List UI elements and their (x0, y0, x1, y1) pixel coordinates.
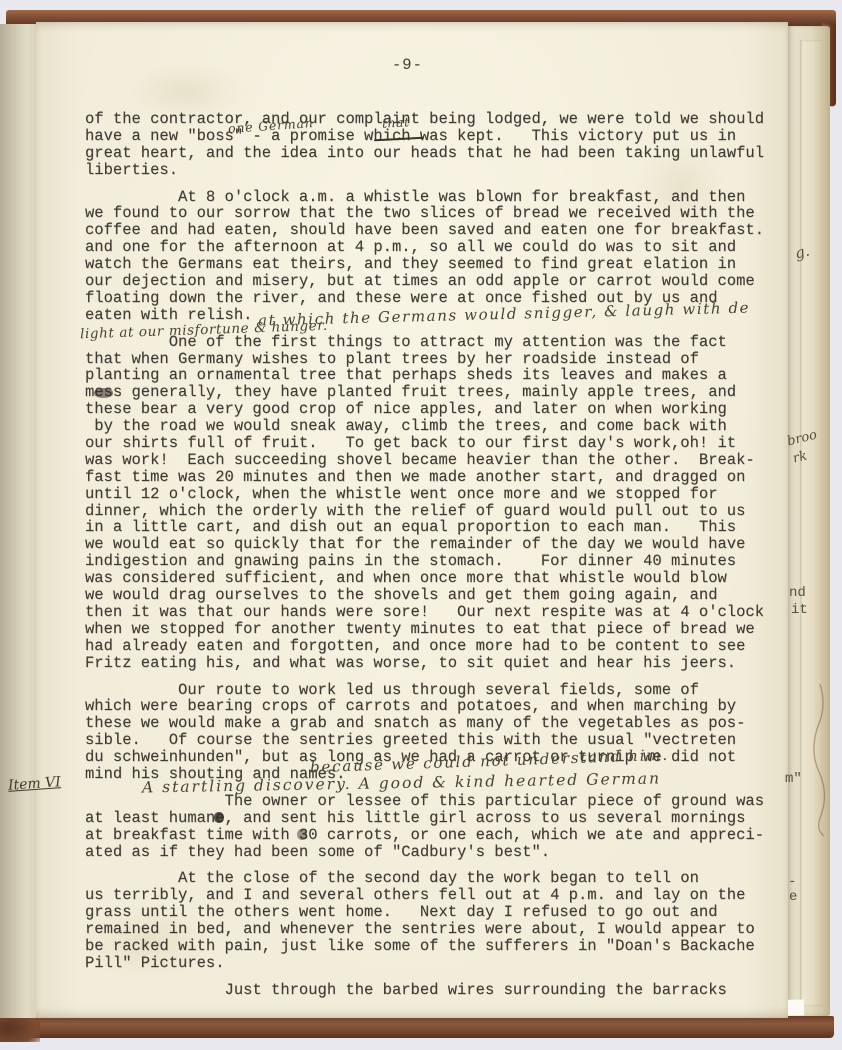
typed-line: sible. Of course the sentries greeted th… (85, 732, 785, 749)
typed-line: dinner, which the orderly with the relie… (85, 503, 785, 520)
typed-line: by the road we would sneak away, climb t… (85, 418, 785, 435)
typed-line: was work! Each succeeding shovel became … (85, 452, 785, 469)
typed-line: our dejection and misery, but at times a… (85, 273, 785, 290)
typed-line: remained in bed, and whenever the sentri… (85, 921, 785, 938)
typed-line: At 8 o'clock a.m. a whistle was blown fo… (85, 189, 785, 206)
typed-line: that when Germany wishes to plant trees … (85, 351, 785, 368)
typed-line: had already eaten and forgotten, and onc… (85, 638, 785, 655)
typed-line: have a new "boss" - a promise which was … (85, 128, 785, 145)
typed-line: of the contractor, and our complaint bei… (85, 111, 785, 128)
typed-line: watch the Germans eat theirs, and they s… (85, 256, 785, 273)
edge-fragment-typed: nd (789, 585, 806, 601)
typed-line: and one for the afternoon at 4 p.m., so … (85, 239, 785, 256)
typed-paragraph: At the close of the second day the work … (85, 870, 785, 971)
typed-line: be racked with pain, just like some of t… (85, 938, 785, 955)
typed-line: us terribly, and I and several others fe… (85, 887, 785, 904)
typed-line: until 12 o'clock, when the whistle went … (85, 486, 785, 503)
scanned-book-photo: -9- of the contractor, and our complaint… (0, 0, 842, 1050)
overstrike-blot-humane (214, 812, 224, 823)
typed-line: we found to our sorrow that the two slic… (85, 205, 785, 222)
typed-line: great heart, and the idea into our heads… (85, 145, 785, 162)
typed-line: Our route to work led us through several… (85, 682, 785, 699)
typed-line: was considered sufficient, and when once… (85, 570, 785, 587)
typed-line: we would drag ourselves to the shovels a… (85, 587, 785, 604)
typed-line: Just through the barbed wires surroundin… (85, 982, 785, 999)
typed-line: our shirts full of fruit. To get back to… (85, 435, 785, 452)
page-stack-edge (800, 40, 822, 1006)
typed-paragraph: Just through the barbed wires surroundin… (85, 982, 785, 999)
typed-line: we would eat so quickly that for the rem… (85, 536, 785, 553)
edge-fragment-typed: - (788, 874, 796, 890)
overstrike-blot-carrots (297, 829, 307, 840)
typed-line: mess generally, they have planted fruit … (85, 384, 785, 401)
typed-line: coffee and had eaten, should have been s… (85, 222, 785, 239)
typed-line: At the close of the second day the work … (85, 870, 785, 887)
typed-line: ated as if they had been some of "Cadbur… (85, 844, 785, 861)
typed-line: liberties. (85, 162, 785, 179)
typed-line: indigestion and gnawing pains in the sto… (85, 553, 785, 570)
document-page: -9- of the contractor, and our complaint… (36, 22, 788, 1018)
typed-paragraph: of the contractor, and our complaint bei… (85, 111, 785, 179)
edge-handwriting-squiggle (806, 680, 832, 840)
typed-paragraph: The owner or lessee of this particular p… (85, 793, 785, 861)
typed-line: Pill" Pictures. (85, 955, 785, 972)
typed-line: then it was that our hands were sore! Ou… (85, 604, 785, 621)
handwritten-correction-that: that (382, 114, 410, 130)
typed-line: in a little cart, and dish out an equal … (85, 519, 785, 536)
typed-line: grass until the others went home. Next d… (85, 904, 785, 921)
book-cover-bottom-edge (2, 1016, 834, 1038)
typed-line: these bear a very good crop of nice appl… (85, 401, 785, 418)
typed-paragraph: One of the first things to attract my at… (85, 334, 785, 672)
typed-line: at breakfast time with 30 carrots, or on… (85, 827, 785, 844)
typed-line: fast time was 20 minutes and then we mad… (85, 469, 785, 486)
typed-line: which were bearing crops of carrots and … (85, 698, 785, 715)
typed-line: when we stopped for another twenty minut… (85, 621, 785, 638)
typed-text-block: of the contractor, and our complaint bei… (85, 111, 785, 1009)
typed-line: Fritz eating his, and what was worse, to… (85, 655, 785, 672)
book-spine-gutter (0, 24, 38, 1018)
edge-fragment-typed: m" (785, 771, 802, 787)
overstrike-blot-mess (94, 388, 113, 398)
typed-line: these we would make a grab and snatch as… (85, 715, 785, 732)
typed-line: planting an ornamental tree that perhaps… (85, 367, 785, 384)
edge-fragment-typed: it (791, 602, 808, 618)
page-number: -9- (392, 56, 423, 74)
typed-line: at least humane, and sent his little gir… (85, 810, 785, 827)
edge-fragment-typed: e (789, 889, 797, 905)
